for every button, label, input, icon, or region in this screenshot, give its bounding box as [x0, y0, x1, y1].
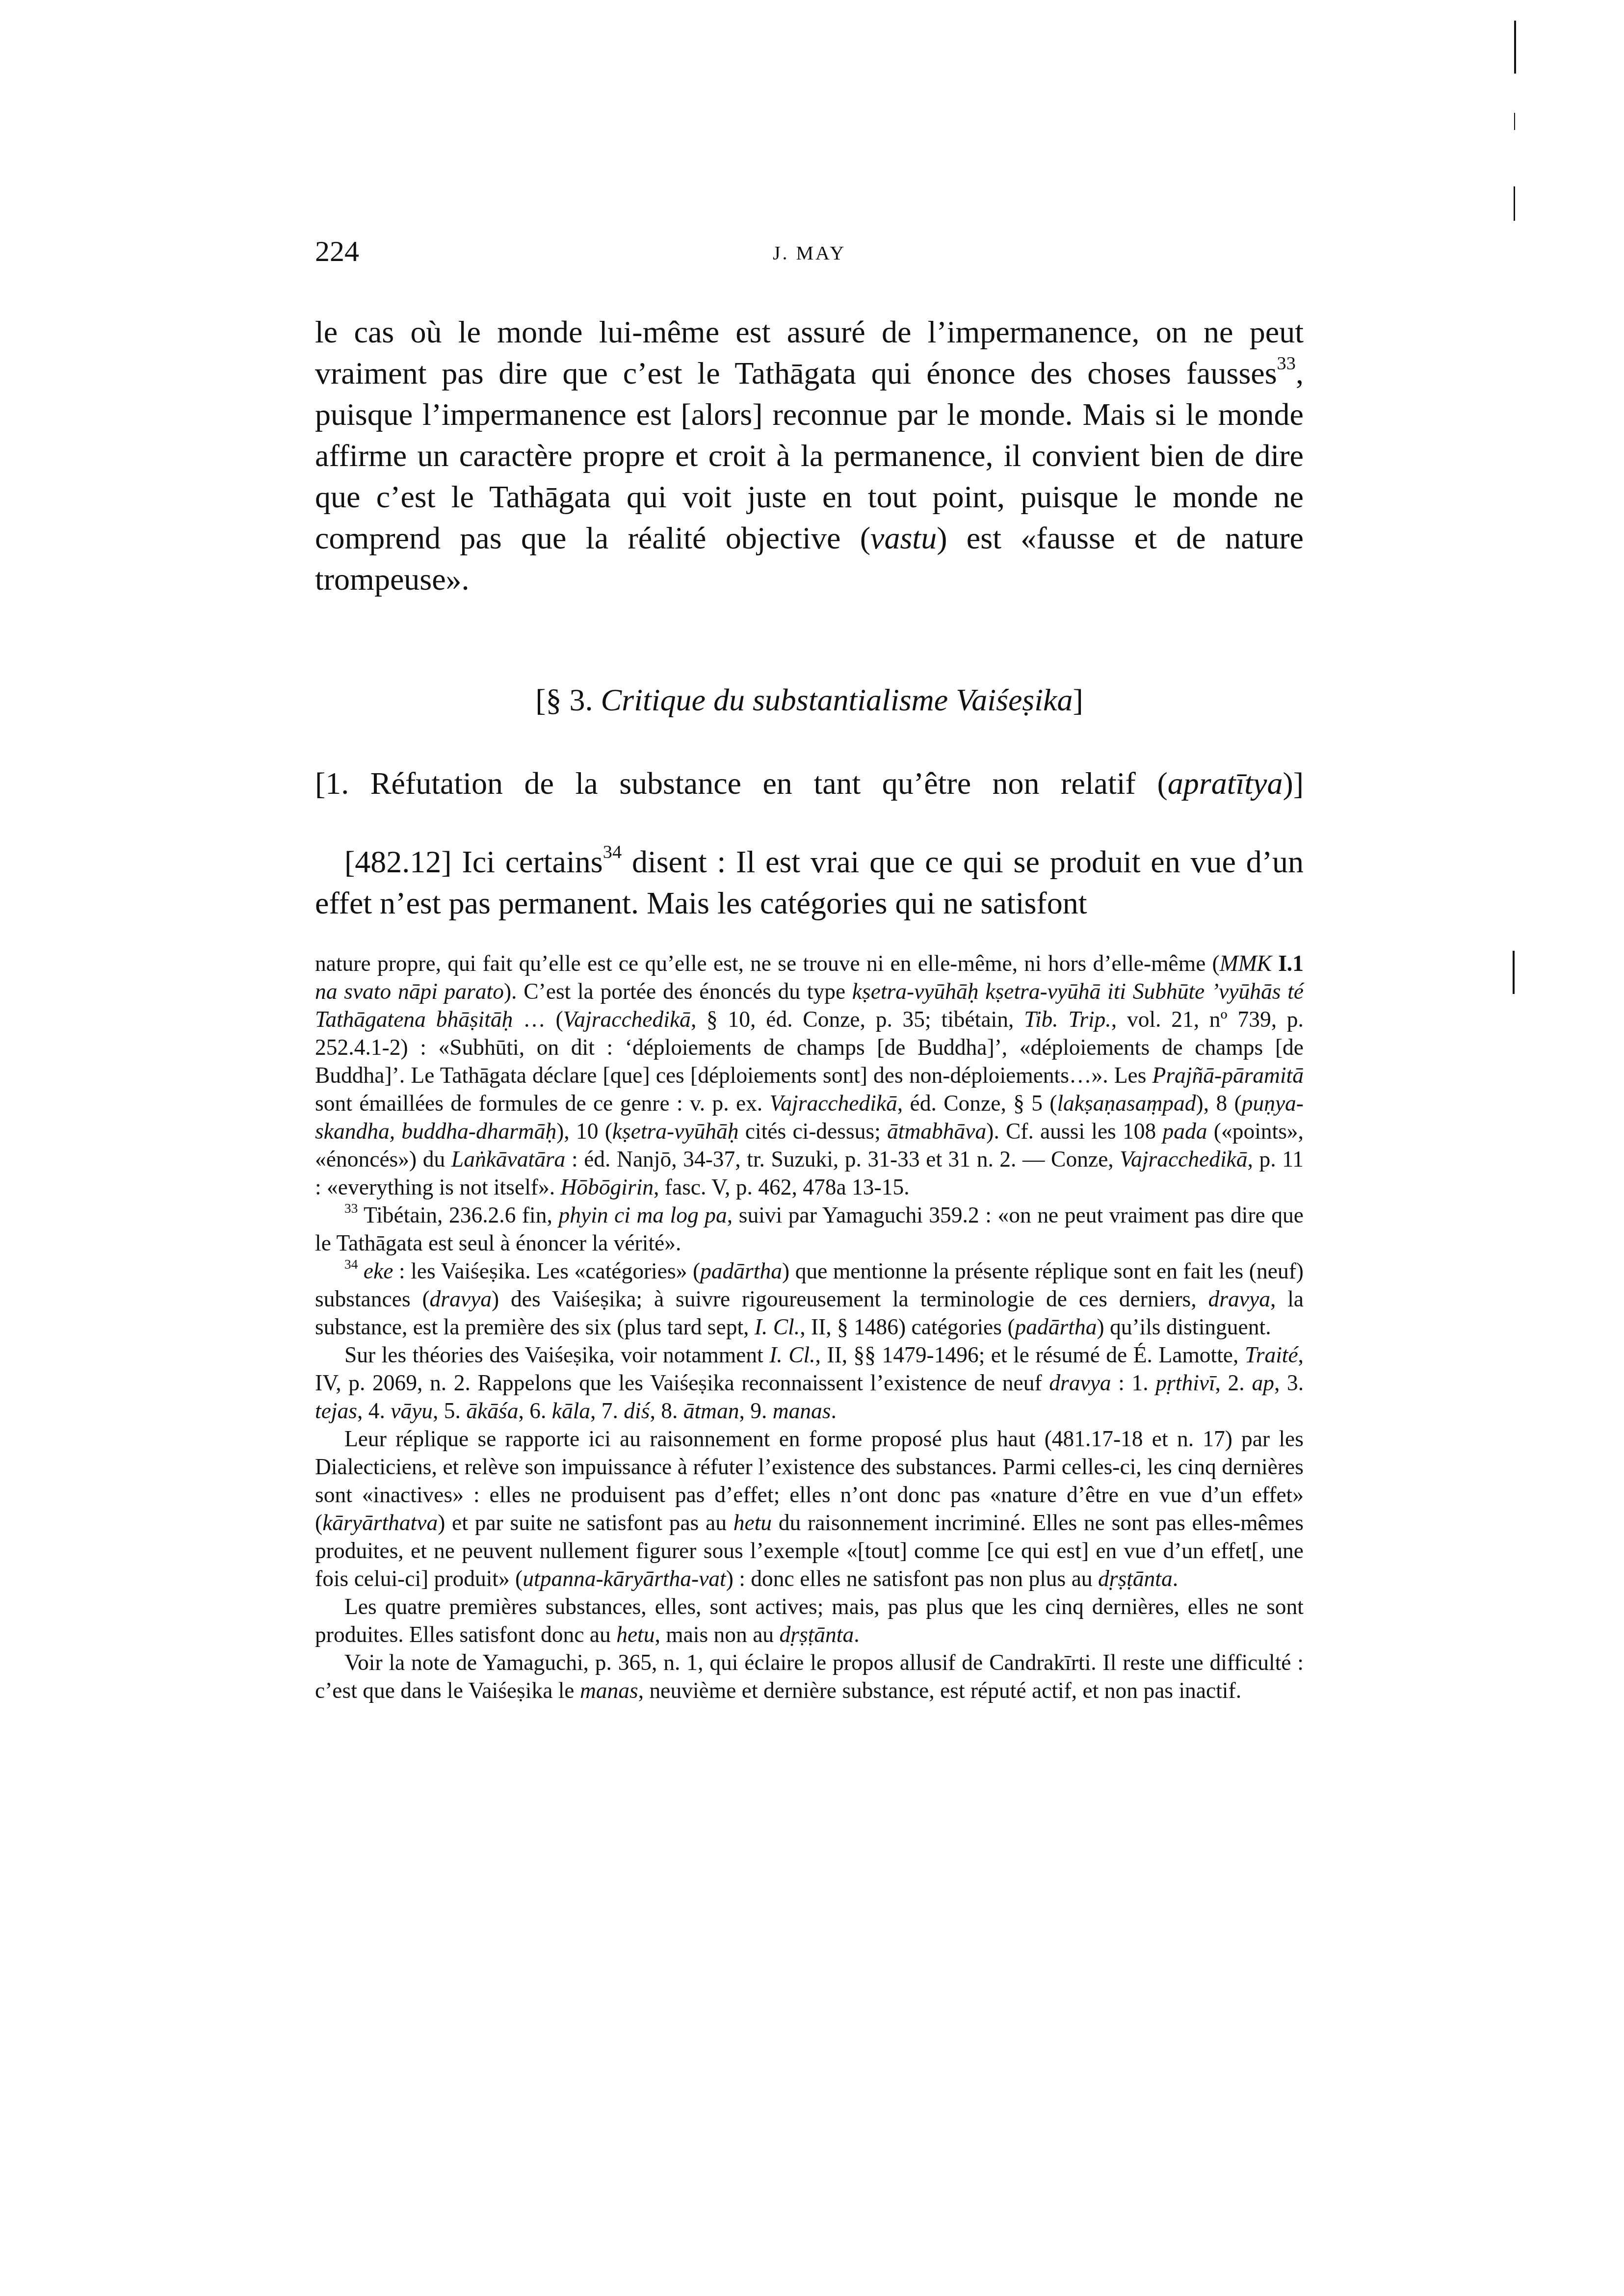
- margin-scan-mark: [1514, 186, 1515, 221]
- main-paragraph-1: le cas où le monde lui-même est assuré d…: [315, 312, 1304, 600]
- footnote-ref: 33: [1277, 353, 1296, 374]
- section-heading: [§ 3. Critique du substantialisme Vaiśeṣ…: [315, 682, 1304, 718]
- page-header: 224 J. MAY: [315, 235, 1304, 269]
- paragraph-text: le cas où le monde lui-même est assuré d…: [315, 312, 1304, 600]
- footnotes: nature propre, qui fait qu’elle est ce q…: [315, 949, 1304, 1704]
- running-head: J. MAY: [315, 241, 1304, 264]
- footnote-paragraph: 33 Tibétain, 236.2.6 fin, phyin ci ma lo…: [315, 1201, 1304, 1257]
- footnote-paragraph: Sur les théories des Vaiśeṣika, voir not…: [315, 1341, 1304, 1425]
- footnote-paragraph: 34 eke : les Vaiśeṣika. Les «catégories»…: [315, 1257, 1304, 1341]
- footnote-paragraph: Voir la note de Yamaguchi, p. 365, n. 1,…: [315, 1648, 1304, 1704]
- footnote-ref: 34: [344, 1257, 358, 1272]
- footnote-paragraph: Les quatre premières substances, elles, …: [315, 1592, 1304, 1648]
- main-paragraph-2: [482.12] Ici certains34 disent : Il est …: [315, 841, 1304, 924]
- margin-scan-mark: [1514, 113, 1515, 130]
- margin-scan-mark: [1514, 21, 1516, 74]
- footnote-ref: 34: [603, 842, 622, 862]
- footnote-ref: 33: [344, 1201, 358, 1216]
- footnote-paragraph: Leur réplique se rapporte ici au raisonn…: [315, 1425, 1304, 1592]
- margin-scan-mark: [1513, 951, 1515, 994]
- footnote-paragraph: nature propre, qui fait qu’elle est ce q…: [315, 949, 1304, 1201]
- paragraph-text: [482.12] Ici certains34 disent : Il est …: [315, 841, 1304, 924]
- subsection-heading: [1. Réfutation de la substance en tant q…: [315, 765, 1304, 802]
